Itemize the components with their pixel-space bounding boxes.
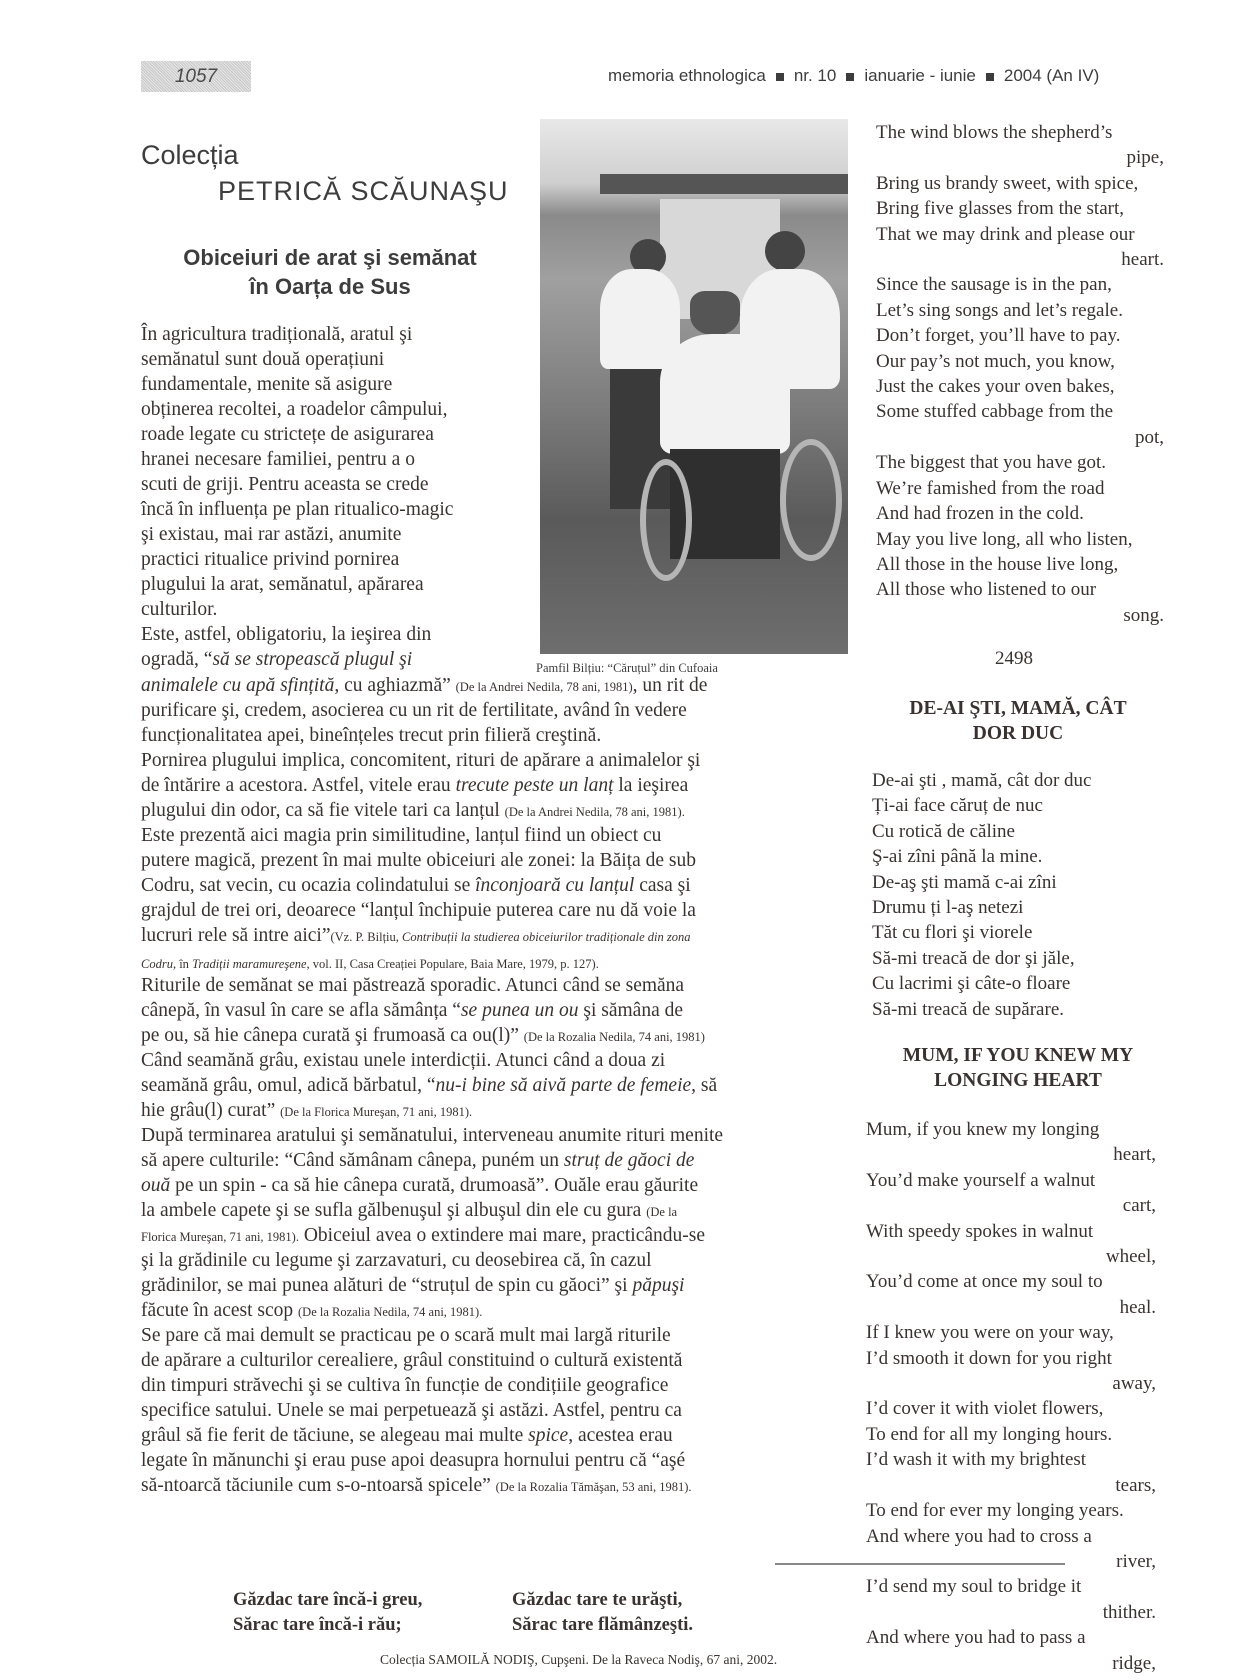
- poem-line: Our pay’s not much, you know,: [876, 349, 1164, 374]
- verse-line: Găzdac tare te urăşti,: [512, 1588, 693, 1613]
- poem-line: pot,: [876, 425, 1164, 450]
- poem-line: Bring five glasses from the start,: [876, 196, 1164, 221]
- citation: (De la: [646, 1205, 677, 1219]
- text-span: casa şi: [634, 875, 690, 896]
- citation: (De la Florica Mureşan, 71 ani, 1981).: [280, 1105, 472, 1119]
- photo-person: [600, 269, 680, 369]
- quote-italic: ouă: [141, 1175, 170, 1196]
- poem-line: Cu rotică de căline: [872, 819, 1162, 844]
- poem-line: heart.: [876, 247, 1164, 272]
- song-title-line: LONGING HEART: [868, 1068, 1168, 1093]
- collection-name: PETRICĂ SCĂUNAŞU: [218, 176, 509, 207]
- body-line: După terminarea aratului şi semănatului,…: [141, 1123, 723, 1149]
- poem-line: You’d come at once my soul to: [866, 1269, 1156, 1294]
- body-line: roade legate cu strictețe de asigurarea: [141, 422, 434, 448]
- quote-italic: trecute peste un lanț: [456, 775, 614, 796]
- text-span: , un rit de: [633, 675, 708, 696]
- article-title-line1: Obiceiuri de arat şi semănat: [140, 243, 520, 272]
- body-line: grâul să fie ferit de tăciune, se alegea…: [141, 1423, 673, 1449]
- poem-line: And had frozen in the cold.: [876, 501, 1164, 526]
- article-title-line2: în Oarța de Sus: [140, 272, 520, 301]
- body-line: şi existau, mai rar astăzi, anumite: [141, 522, 401, 548]
- citation: vol. II, Casa Creației Populare, Baia Ma…: [310, 957, 599, 971]
- body-line: hie grâu(l) curat” (De la Florica Mureşa…: [141, 1098, 472, 1125]
- body-line: şi la grădinile cu legume şi zarzavaturi…: [141, 1248, 652, 1274]
- body-line: funcționalitatea apei, bineînțeles trecu…: [141, 723, 601, 749]
- body-line: să-ntoarcă tăciunile cum s-o-ntoarsă spi…: [141, 1473, 692, 1500]
- text-span: hie grâu(l) curat”: [141, 1100, 280, 1121]
- poem-line: All those in the house live long,: [876, 552, 1164, 577]
- body-line: Florica Mureşan, 71 ani, 1981). Obiceiul…: [141, 1223, 705, 1250]
- citation-title: Tradiții maramureşene,: [192, 957, 310, 971]
- poem-line: And where you had to cross a: [866, 1524, 1156, 1549]
- poem-line: heal.: [866, 1295, 1156, 1320]
- quote-italic: se punea un ou: [461, 1000, 579, 1021]
- body-line: făcute în acest scop (De la Rozalia Nedi…: [141, 1298, 482, 1325]
- square-bullet-icon: [776, 73, 784, 81]
- poem-line: If I knew you were on your way,: [866, 1320, 1156, 1345]
- body-line: ogradă, “să se stropească plugul şi: [141, 647, 412, 673]
- song-title-en: MUM, IF YOU KNEW MY LONGING HEART: [868, 1043, 1168, 1093]
- square-bullet-icon: [846, 73, 854, 81]
- poem-line: All those who listened to our: [876, 577, 1164, 602]
- citation-title: Contribuții la studierea obiceiurilor tr…: [402, 930, 690, 944]
- body-line: Codru, sat vecin, cu ocazia colindatului…: [141, 873, 691, 899]
- body-line: Este, astfel, obligatoriu, la ieşirea di…: [141, 622, 431, 648]
- body-line: încă în influența pe plan ritualico-magi…: [141, 497, 453, 523]
- article-title: Obiceiuri de arat şi semănat în Oarța de…: [140, 243, 520, 301]
- text-span: la ieşirea: [614, 775, 689, 796]
- quote-italic: păpuşi: [632, 1275, 684, 1296]
- quote-italic: să se stropească plugul şi: [212, 649, 412, 670]
- body-line: la ambele capete şi se sufla gălbenuşul …: [141, 1198, 677, 1225]
- poem-line: I’d wash it with my brightest: [866, 1447, 1156, 1472]
- body-line: scuti de griji. Pentru aceasta se crede: [141, 472, 429, 498]
- poem-line: Drumu ți l-aş netezi: [872, 895, 1162, 920]
- poem-line: With speedy spokes in walnut: [866, 1219, 1156, 1244]
- poem-english-1: The wind blows the shepherd’spipe,Bring …: [876, 120, 1164, 628]
- verse-line: Sărac tare flămânzeşti.: [512, 1613, 693, 1638]
- poem-line: Let’s sing songs and let’s regale.: [876, 298, 1164, 323]
- poem-line: heart,: [866, 1142, 1156, 1167]
- poem-line: song.: [876, 603, 1164, 628]
- poem-line: May you live long, all who listen,: [876, 527, 1164, 552]
- body-line: din timpuri străvechi şi se cultiva în f…: [141, 1373, 668, 1399]
- photo-cart-wheel: [640, 459, 692, 581]
- photo-carutul: [540, 119, 848, 654]
- poem-romanian: De-ai şti , mamă, cât dor ducȚi-ai face …: [872, 768, 1162, 1022]
- body-line: de întărire a acestora. Astfel, vitele e…: [141, 773, 688, 799]
- verse-line: Găzdac tare încă-i greu,: [233, 1588, 422, 1613]
- text-span: făcute în acest scop: [141, 1300, 298, 1321]
- body-line: specifice satului. Unele se mai perpetue…: [141, 1398, 682, 1424]
- song-title-line: DE-AI ŞTI, MAMĂ, CÂT: [868, 696, 1168, 721]
- citation: (De la Andrei Nedila, 78 ani, 1981).: [505, 805, 685, 819]
- photo-cart-wheel: [780, 439, 842, 561]
- text-span: Codru, sat vecin, cu ocazia colindatului…: [141, 875, 475, 896]
- body-line: obținerea recoltei, a roadelor câmpului,: [141, 397, 447, 423]
- body-line: semănatul sunt două operațiuni: [141, 347, 384, 373]
- citation-title: Codru,: [141, 957, 176, 971]
- text-span: Obiceiul avea o extindere mai mare, prac…: [299, 1225, 705, 1246]
- text-span: să-ntoarcă tăciunile cum s-o-ntoarsă spi…: [141, 1475, 496, 1496]
- quote-italic: struț de găoci de: [564, 1150, 695, 1171]
- body-line: hranei necesare familiei, pentru a o: [141, 447, 415, 473]
- citation: (De la Rozalia Nedila, 74 ani, 1981): [524, 1030, 705, 1044]
- body-line: Se pare că mai demult se practicau pe o …: [141, 1323, 671, 1349]
- poem-line: Bring us brandy sweet, with spice,: [876, 171, 1164, 196]
- poem-line: Cu lacrimi şi câte-o floare: [872, 971, 1162, 996]
- poem-line: Ți-ai face căruț de nuc: [872, 793, 1162, 818]
- photo-seated-man: [660, 334, 790, 454]
- body-line: putere magică, prezent în mai multe obic…: [141, 848, 696, 874]
- text-span: cânepă, în vasul în care se afla sămânța…: [141, 1000, 461, 1021]
- poem-line: Just the cakes your oven bakes,: [876, 374, 1164, 399]
- issue-number: nr. 10: [794, 66, 837, 85]
- poem-line: We’re famished from the road: [876, 476, 1164, 501]
- poem-line: cart,: [866, 1193, 1156, 1218]
- body-line: practici ritualice privind pornirea: [141, 547, 399, 573]
- poem-line: ridge,: [866, 1651, 1156, 1676]
- page-number: 1057: [141, 61, 251, 92]
- song-title-ro: DE-AI ŞTI, MAMĂ, CÂT DOR DUC: [868, 696, 1168, 746]
- poem-line: wheel,: [866, 1244, 1156, 1269]
- text-span: plugului din odor, ca să fie vitele tari…: [141, 800, 505, 821]
- poem-line: away,: [866, 1371, 1156, 1396]
- text-span: seamănă grâu, omul, adică bărbatul, “: [141, 1075, 436, 1096]
- poem-line: That we may drink and please our: [876, 222, 1164, 247]
- square-bullet-icon: [986, 73, 994, 81]
- poem-line: Să-mi treacă de supărare.: [872, 997, 1162, 1022]
- poem-line: I’d cover it with violet flowers,: [866, 1396, 1156, 1421]
- text-span: pe ou, să hie cânepa curată şi frumoasă …: [141, 1025, 524, 1046]
- song-number: 2498: [995, 648, 1033, 670]
- poem-english-2: Mum, if you knew my longingheart,You’d m…: [866, 1117, 1156, 1676]
- body-line: grădinilor, se mai punea alături de “str…: [141, 1273, 684, 1299]
- issue-year: 2004 (An IV): [1004, 66, 1099, 85]
- song-title-line: DOR DUC: [868, 721, 1168, 746]
- poem-line: The biggest that you have got.: [876, 450, 1164, 475]
- poem-line: thither.: [866, 1600, 1156, 1625]
- poem-line: Ş-ai zîni până la mine.: [872, 844, 1162, 869]
- citation: în: [176, 957, 192, 971]
- issue-period: ianuarie - iunie: [864, 66, 976, 85]
- text-span: pe un spin - ca să hie cânepa curată, dr…: [170, 1175, 698, 1196]
- body-line: lucruri rele să intre aici”(Vz. P. Bilți…: [141, 923, 690, 950]
- poem-line: To end for ever my longing years.: [866, 1498, 1156, 1523]
- text-span: şi sămâna de: [579, 1000, 684, 1021]
- poem-line: De-aş şti mamă c-ai zîni: [872, 870, 1162, 895]
- body-line: Riturile de semănat se mai păstrează spo…: [141, 973, 684, 999]
- song-title-line: MUM, IF YOU KNEW MY: [868, 1043, 1168, 1068]
- body-line: ouă pe un spin - ca să hie cânepa curată…: [141, 1173, 698, 1199]
- poem-line: I’d send my soul to bridge it: [866, 1574, 1156, 1599]
- body-line: cânepă, în vasul în care se afla sămânța…: [141, 998, 683, 1024]
- text-span: lucruri rele să intre aici”: [141, 925, 330, 946]
- body-line: legate în mănunchi şi erau puse apoi dea…: [141, 1448, 685, 1474]
- poem-line: Since the sausage is in the pan,: [876, 272, 1164, 297]
- body-line: În agricultura tradițională, aratul şi: [141, 322, 412, 348]
- text-span: la ambele capete şi se sufla gălbenuşul …: [141, 1200, 646, 1221]
- poem-line: river,: [866, 1549, 1156, 1574]
- poem-line: tears,: [866, 1473, 1156, 1498]
- poem-line: Some stuffed cabbage from the: [876, 399, 1164, 424]
- body-line: grajdul de trei ori, deoarece “lanțul în…: [141, 898, 696, 924]
- body-line: animalele cu apă sfințită, cu aghiazmă” …: [141, 673, 707, 700]
- body-line: pe ou, să hie cânepa curată şi frumoasă …: [141, 1023, 705, 1050]
- body-line: purificare şi, credem, asocierea cu un r…: [141, 698, 687, 724]
- poem-line: De-ai şti , mamă, cât dor duc: [872, 768, 1162, 793]
- body-line: culturilor.: [141, 597, 217, 623]
- body-line: plugului din odor, ca să fie vitele tari…: [141, 798, 685, 825]
- body-line: fundamentale, menite să asigure: [141, 372, 392, 398]
- quote-italic: spice: [528, 1425, 568, 1446]
- quote-italic: animalele cu apă sfințită: [141, 675, 334, 696]
- photo-roof: [600, 174, 848, 194]
- body-line: Când seamănă grâu, existau unele interdi…: [141, 1048, 665, 1074]
- citation: (Vz. P. Bilțiu,: [330, 930, 402, 944]
- collection-label: Colecția: [141, 140, 239, 171]
- quote-italic: înconjoară cu lanțul: [475, 875, 634, 896]
- poem-line: Mum, if you knew my longing: [866, 1117, 1156, 1142]
- text-span: grâul să fie ferit de tăciune, se alegea…: [141, 1425, 528, 1446]
- body-line: Este prezentă aici magia prin similitudi…: [141, 823, 661, 849]
- photo-person-head: [765, 231, 805, 271]
- body-line: să apere culturile: “Când sămânam cânepa…: [141, 1148, 694, 1174]
- text-span: , acestea erau: [568, 1425, 672, 1446]
- photo-hat: [690, 291, 740, 335]
- text-span: , cu aghiazmă”: [334, 675, 455, 696]
- quote-italic: nu-i bine să aivă parte de femeie: [436, 1075, 692, 1096]
- body-line: de apărare a culturilor cerealiere, grâu…: [141, 1348, 682, 1374]
- text-span: de întărire a acestora. Astfel, vitele e…: [141, 775, 456, 796]
- poem-line: Don’t forget, you’ll have to pay.: [876, 323, 1164, 348]
- body-line: seamănă grâu, omul, adică bărbatul, “nu-…: [141, 1073, 717, 1099]
- poem-line: Tăt cu flori şi viorele: [872, 920, 1162, 945]
- journal-name: memoria ethnologica: [608, 66, 766, 85]
- poem-line: To end for all my longing hours.: [866, 1422, 1156, 1447]
- text-span: ogradă, “: [141, 649, 212, 670]
- poem-line: Să-mi treacă de dor şi jăle,: [872, 946, 1162, 971]
- poem-line: pipe,: [876, 145, 1164, 170]
- citation: (De la Rozalia Tămăşan, 53 ani, 1981).: [496, 1480, 692, 1494]
- citation: (De la Andrei Nedila, 78 ani, 1981): [456, 680, 633, 694]
- citation: (De la Rozalia Nedila, 74 ani, 1981).: [298, 1305, 482, 1319]
- citation: Florica Mureşan, 71 ani, 1981).: [141, 1230, 299, 1244]
- footer-credit: Colecția SAMOILĂ NODIŞ, Cupşeni. De la R…: [380, 1652, 777, 1668]
- running-header: memoria ethnologicanr. 10ianuarie - iuni…: [608, 66, 1099, 86]
- body-line: plugului la arat, semănatul, apărarea: [141, 572, 424, 598]
- verse-line: Sărac tare încă-i rău;: [233, 1613, 422, 1638]
- closing-verse-left: Găzdac tare încă-i greu, Sărac tare încă…: [233, 1588, 422, 1638]
- closing-verse-right: Găzdac tare te urăşti, Sărac tare flămân…: [512, 1588, 693, 1638]
- body-line: Pornirea plugului implica, concomitent, …: [141, 748, 700, 774]
- poem-line: And where you had to pass a: [866, 1625, 1156, 1650]
- poem-line: I’d smooth it down for you right: [866, 1346, 1156, 1371]
- poem-line: The wind blows the shepherd’s: [876, 120, 1164, 145]
- text-span: grădinilor, se mai punea alături de “str…: [141, 1275, 632, 1296]
- poem-line: You’d make yourself a walnut: [866, 1168, 1156, 1193]
- text-span: să apere culturile: “Când sămânam cânepa…: [141, 1150, 564, 1171]
- text-span: , să: [691, 1075, 717, 1096]
